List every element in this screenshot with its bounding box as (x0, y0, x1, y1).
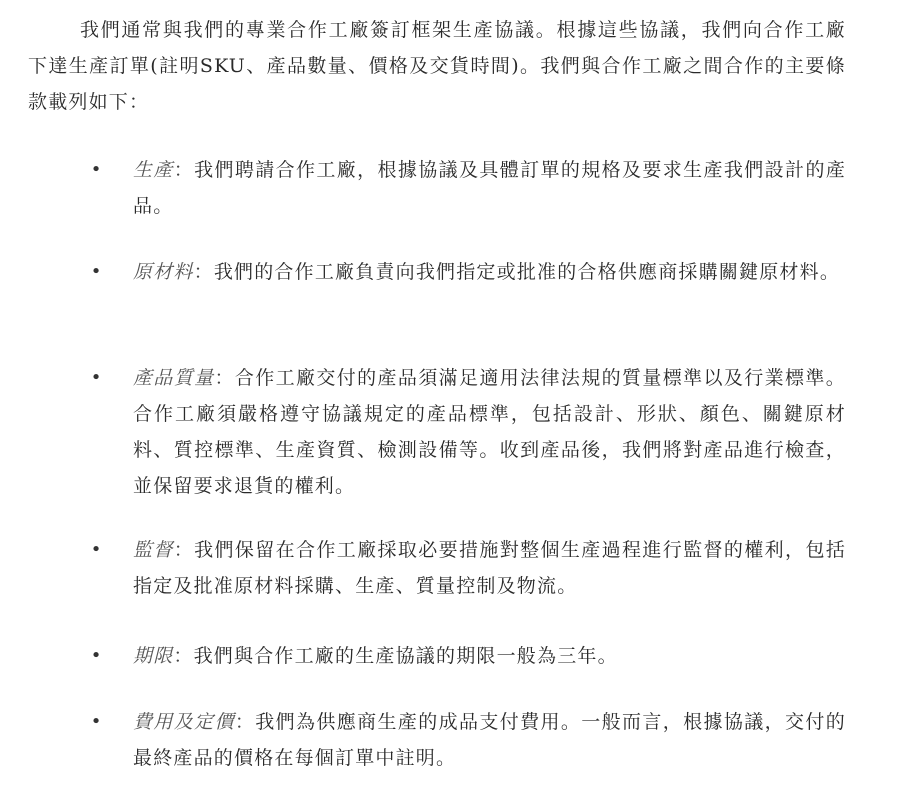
term-paragraph: 產品質量：合作工廠交付的產品須滿足適用法律法規的質量標準以及行業標準。合作工廠須… (133, 360, 846, 504)
term-paragraph: 原材料：我們的合作工廠負責向我們指定或批准的合格供應商採購關鍵原材料。 (133, 254, 846, 290)
bullet-icon: • (86, 704, 106, 740)
term-label: 監督 (133, 539, 174, 561)
term-description: 我們的合作工廠負責向我們指定或批准的合格供應商採購關鍵原材料。 (214, 261, 840, 283)
term-separator: ： (194, 261, 214, 283)
term-description: 我們與合作工廠的生產協議的期限一般為三年。 (194, 645, 618, 667)
bullet-icon: • (86, 360, 106, 396)
bullet-icon: • (86, 254, 106, 290)
bullet-icon: • (86, 152, 106, 188)
term-separator: ： (235, 711, 255, 733)
term-description: 我們保留在合作工廠採取必要措施對整個生產過程進行監督的權利，包括指定及批准原材料… (133, 539, 846, 597)
term-separator: ： (174, 159, 194, 181)
term-separator: ： (173, 645, 193, 667)
term-label: 生產 (133, 159, 174, 181)
term-paragraph: 生產：我們聘請合作工廠，根據協議及具體訂單的規格及要求生產我們設計的產品。 (133, 152, 846, 224)
bullet-icon: • (86, 638, 106, 674)
term-separator: ： (215, 367, 235, 389)
intro-paragraph: 我們通常與我們的專業合作工廠簽訂框架生產協議。根據這些協議，我們向合作工廠下達生… (28, 12, 846, 120)
term-paragraph: 期限：我們與合作工廠的生產協議的期限一般為三年。 (133, 638, 846, 674)
term-description: 我們聘請合作工廠，根據協議及具體訂單的規格及要求生產我們設計的產品。 (133, 159, 846, 217)
term-paragraph: 監督：我們保留在合作工廠採取必要措施對整個生產過程進行監督的權利，包括指定及批准… (133, 532, 846, 604)
term-label: 費用及定價 (133, 711, 235, 733)
term-separator: ： (174, 539, 194, 561)
document-page: 我們通常與我們的專業合作工廠簽訂框架生產協議。根據這些協議，我們向合作工廠下達生… (0, 0, 900, 801)
term-label: 期限 (133, 645, 173, 667)
term-label: 原材料 (133, 261, 194, 283)
term-paragraph: 費用及定價：我們為供應商生產的成品支付費用。一般而言，根據協議，交付的最終產品的… (133, 704, 846, 776)
bullet-icon: • (86, 532, 106, 568)
term-description: 合作工廠交付的產品須滿足適用法律法規的質量標準以及行業標準。合作工廠須嚴格遵守協… (133, 367, 846, 497)
term-label: 產品質量 (133, 367, 215, 389)
